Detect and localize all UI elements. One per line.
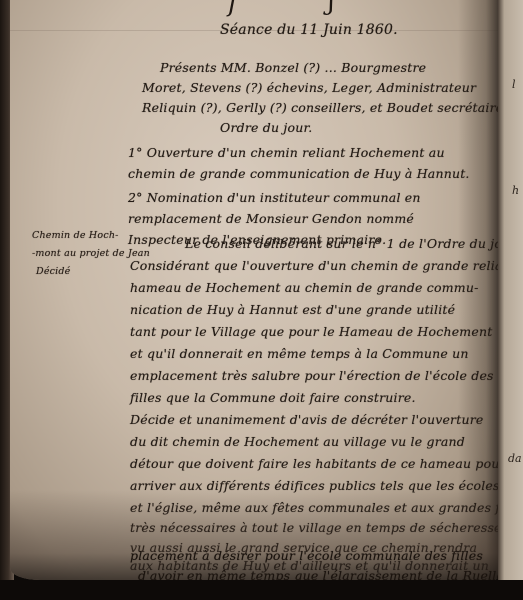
attendance-line-1: Présents MM. Bonzel (?) ... Bourgmestre — [160, 60, 426, 75]
agenda-item-1: 1° Ouverture d'un chemin reliant Hocheme… — [128, 142, 488, 184]
margin-note-line-1: Chemin de Hoch- — [32, 230, 119, 241]
adjacent-page-fragment: h — [512, 184, 519, 197]
attendance-line-2: Moret, Stevens (?) échevins, Leger, Admi… — [142, 80, 476, 95]
body-line: arriver aux différents édifices publics … — [130, 478, 498, 493]
body-line: et l'église, même aux fêtes communales e… — [130, 500, 498, 515]
body-line: hameau de Hochement au chemin de grande … — [130, 280, 479, 295]
body-line: et qu'il donnerait en même temps à la Co… — [130, 346, 469, 361]
body-line: Le conseil délibérant sur le n° 1 de l'O… — [185, 236, 498, 251]
document-page: ſ ʃ Séance du 11 Juin 1860. Présents MM.… — [10, 0, 498, 580]
body-line: nication de Huy à Hannut est d'une grand… — [130, 302, 455, 317]
adjacent-page-edge: l h da — [498, 0, 523, 600]
body-line: très nécessaires à tout le village en te… — [130, 520, 498, 535]
body-line: du dit chemin de Hochement au village vu… — [130, 434, 465, 449]
agenda-heading: Ordre du jour. — [220, 120, 312, 135]
body-line: tant pour le Village que pour le Hameau … — [130, 324, 492, 339]
session-heading: Séance du 11 Juin 1860. — [220, 22, 398, 38]
body-line: Décide et unanimement d'avis de décréter… — [130, 412, 483, 427]
adjacent-page-fragment: da — [508, 452, 522, 465]
attendance-line-3: Reliquin (?), Gerlly (?) conseillers, et… — [142, 100, 498, 115]
body-line: emplacement très salubre pour l'érection… — [130, 368, 494, 383]
body-line: Considérant que l'ouverture d'un chemin … — [130, 258, 498, 273]
body-line: détour que doivent faire les habitants d… — [130, 456, 498, 471]
background-shadow — [0, 580, 523, 600]
margin-note-line-3: Décidé — [36, 266, 71, 277]
adjacent-page-fragment: l — [512, 78, 516, 91]
body-line: placement à désirer pour l'école communa… — [130, 548, 483, 563]
header-flourish: ʃ — [328, 0, 335, 16]
header-flourish: ſ — [228, 0, 238, 18]
body-line: filles que la Commune doit faire constru… — [130, 390, 416, 405]
